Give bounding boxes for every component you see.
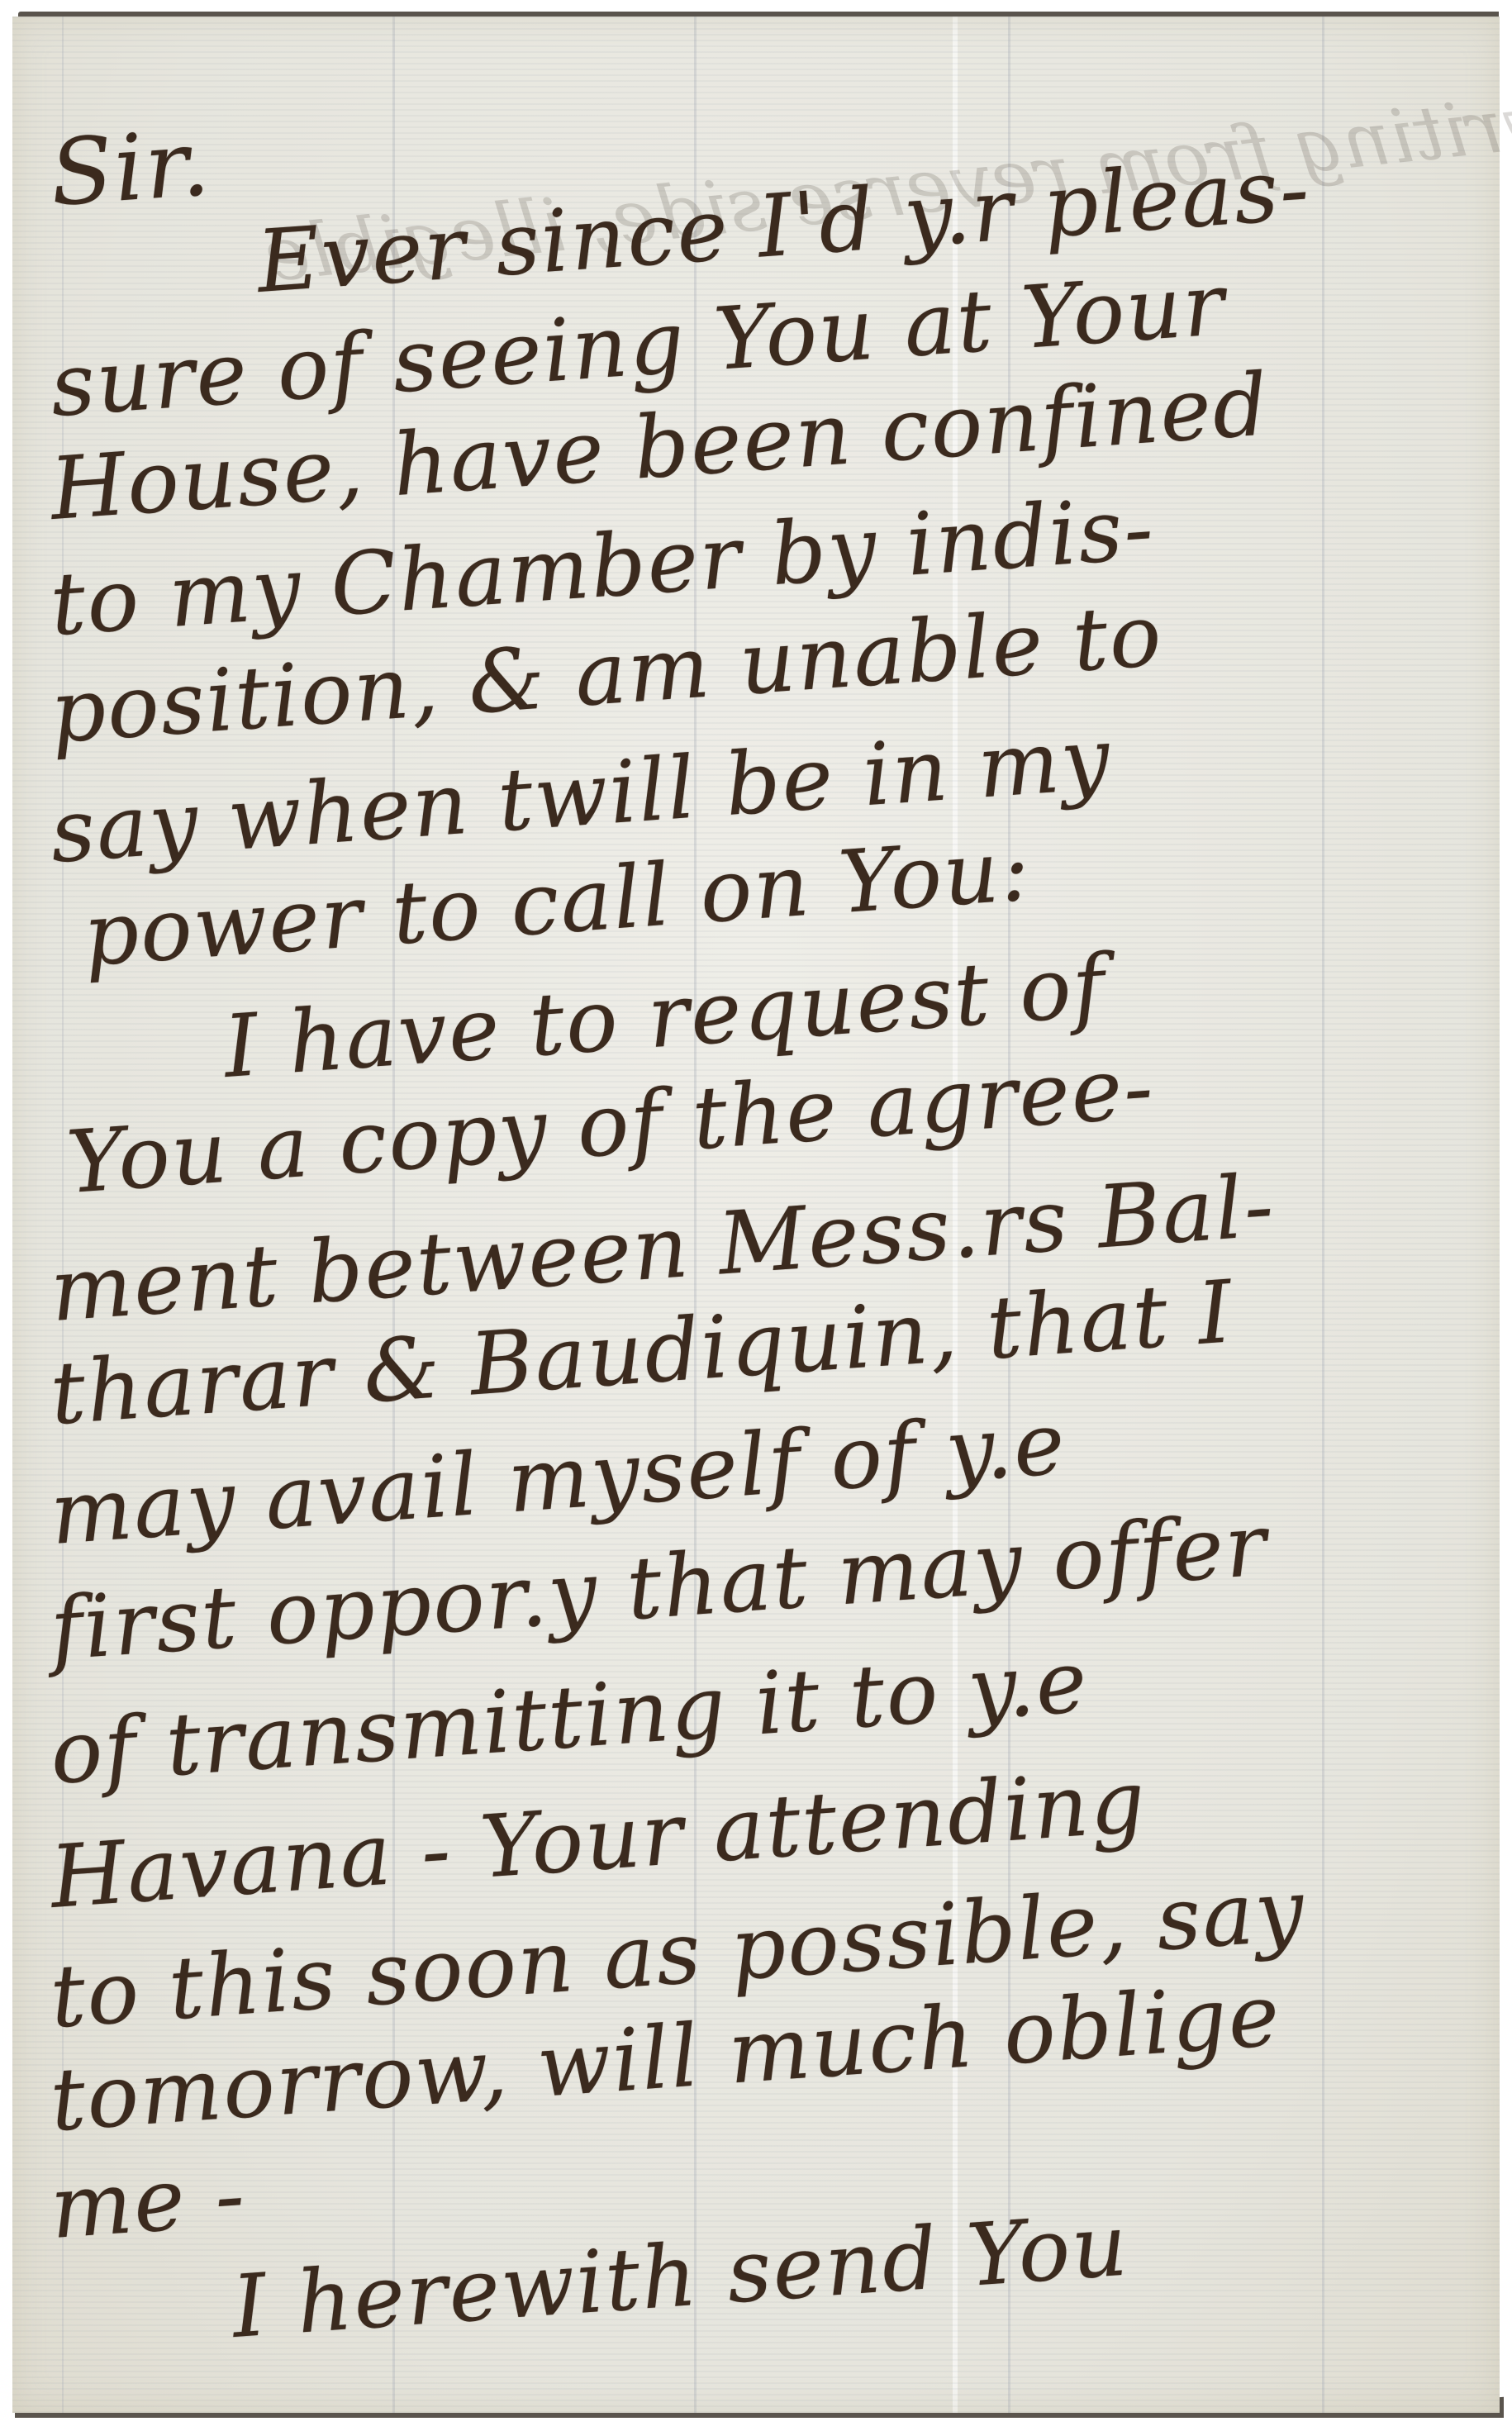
salutation: Sir.: [47, 117, 213, 219]
letter-line: I herewith send You: [230, 2201, 1131, 2350]
letter-body: faint reversed writing from reverse side…: [12, 17, 1500, 2413]
letter-line: me -: [48, 2152, 249, 2251]
scanned-letter: faint reversed writing from reverse side…: [0, 0, 1512, 2431]
